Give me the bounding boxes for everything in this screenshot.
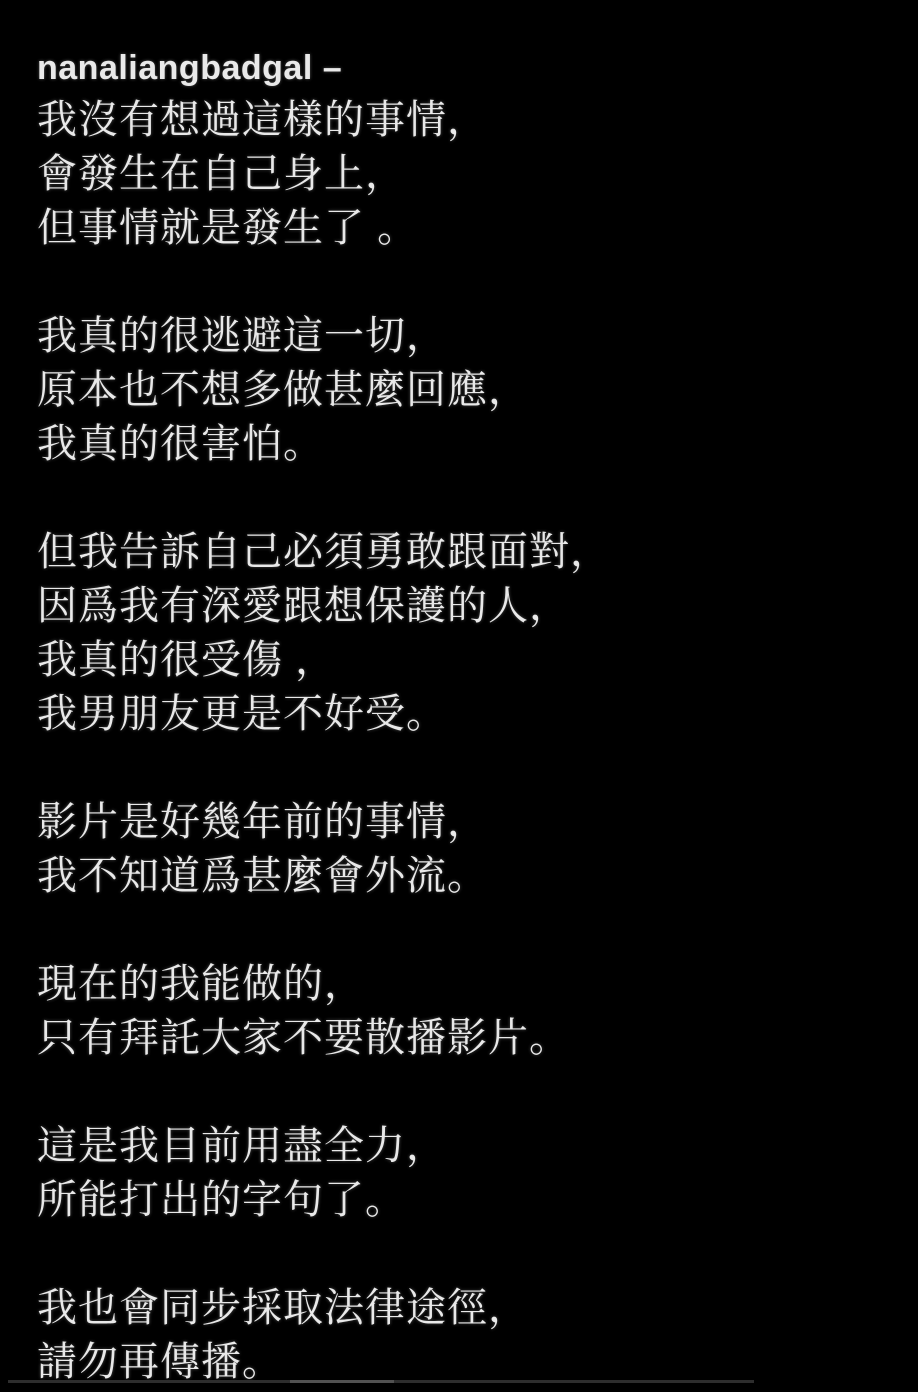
- username-dash: –: [323, 49, 342, 87]
- username-line: nanaliangbadgal–: [37, 43, 877, 93]
- video-frame: nanaliangbadgal– 我沒有想過這樣的事情， 會發生在自己身上， 但…: [0, 0, 918, 1392]
- statement-paragraph-1: 我沒有想過這樣的事情， 會發生在自己身上， 但事情就是發生了 。: [37, 93, 877, 255]
- statement-paragraph-7: 我也會同步採取法律途徑， 請勿再傳播。: [37, 1281, 877, 1389]
- statement-paragraph-5: 現在的我能做的， 只有拜託大家不要散播影片。: [37, 957, 877, 1065]
- username: nanaliangbadgal: [37, 49, 313, 87]
- video-progress-bar[interactable]: [8, 1380, 754, 1383]
- statement-body: nanaliangbadgal– 我沒有想過這樣的事情， 會發生在自己身上， 但…: [37, 43, 877, 1389]
- video-progress-played: [290, 1380, 394, 1383]
- statement-paragraph-2: 我真的很逃避這一切， 原本也不想多做甚麼回應， 我真的很害怕。: [37, 309, 877, 471]
- statement-paragraph-6: 這是我目前用盡全力， 所能打出的字句了。: [37, 1119, 877, 1227]
- statement-paragraph-3: 但我告訴自己必須勇敢跟面對， 因爲我有深愛跟想保護的人， 我真的很受傷 ， 我男…: [37, 525, 877, 741]
- statement-paragraph-4: 影片是好幾年前的事情， 我不知道爲甚麼會外流。: [37, 795, 877, 903]
